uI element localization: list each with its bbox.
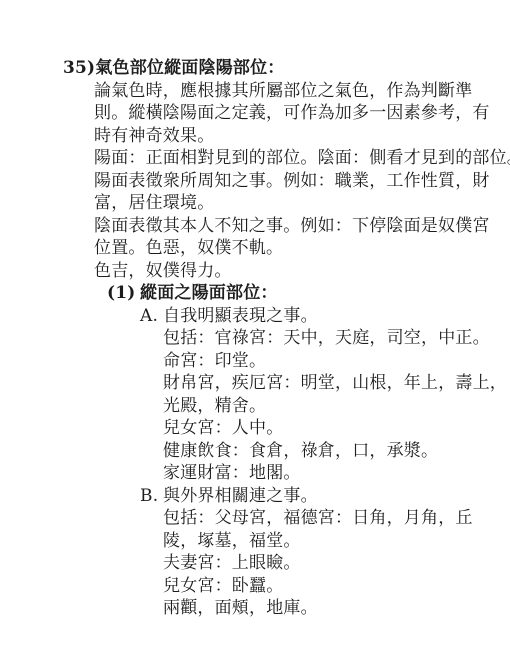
list-item-b-line: 夫妻宮：上眼瞼。 [163, 552, 510, 575]
list-item-b-label: B. [140, 485, 163, 508]
list-item-a-heading: A.自我明顯表現之事。 [140, 305, 510, 328]
subsection-heading: (1)縱面之陽面部位： [107, 282, 510, 305]
list-item-a-label: A. [140, 305, 163, 328]
subsection-number: (1) [107, 282, 140, 305]
list-item-a-line: 兒女宮：人中。 [163, 417, 510, 440]
list-item-a-line: 財帛宮，疾厄宮：明堂，山根，年上，壽上， [163, 372, 510, 395]
list-item-b-line: 兒女宮：卧蠶。 [163, 575, 510, 598]
list-item-b-line: 兩顴，面頰，地庫。 [163, 597, 510, 620]
list-item-b-line: 陵，塚墓，福堂。 [163, 530, 510, 553]
intro-line: 富，居住環境。 [94, 192, 510, 215]
intro-line: 時有神奇效果。 [94, 125, 510, 148]
list-item-a-line: 光殿，精舍。 [163, 395, 510, 418]
list-item-b-heading: B.與外界相關連之事。 [140, 485, 510, 508]
intro-line: 陰面表徵其本人不知之事。例如：下停陰面是奴僕宮 [94, 215, 510, 238]
intro-line: 陽面表徵衆所周知之事。例如：職業，工作性質，財 [94, 170, 510, 193]
section-heading: 35)氣色部位縱面陰陽部位： [63, 57, 510, 80]
intro-line: 色吉，奴僕得力。 [94, 260, 510, 283]
list-item-b-title: 與外界相關連之事。 [163, 486, 318, 506]
intro-line: 論氣色時，應根據其所屬部位之氣色，作為判斷準 [94, 80, 510, 103]
list-item-a-line: 包括：官祿宮：天中，天庭，司空，中正。 [163, 327, 510, 350]
subsection-title: 縱面之陽面部位： [140, 283, 278, 303]
intro-line: 位置。色惡，奴僕不軌。 [94, 237, 510, 260]
list-item-b-line: 包括：父母宮，福德宮：日角，月角，丘 [163, 507, 510, 530]
list-item-a-line: 健康飲食：食倉，祿倉，口，承漿。 [163, 440, 510, 463]
list-item-a-line: 命宮：印堂。 [163, 350, 510, 373]
section-title: 氣色部位縱面陰陽部位： [95, 58, 284, 78]
list-item-a-title: 自我明顯表現之事。 [163, 306, 318, 326]
intro-line: 陽面：正面相對見到的部位。陰面：側看才見到的部位。 [94, 147, 510, 170]
section-number: 35) [63, 58, 95, 78]
intro-line: 則。縱橫陰陽面之定義，可作為加多一因素參考，有 [94, 102, 510, 125]
document-page: 35)氣色部位縱面陰陽部位： 論氣色時，應根據其所屬部位之氣色，作為判斷準 則。… [0, 57, 510, 620]
list-item-a-line: 家運財富：地閣。 [163, 462, 510, 485]
